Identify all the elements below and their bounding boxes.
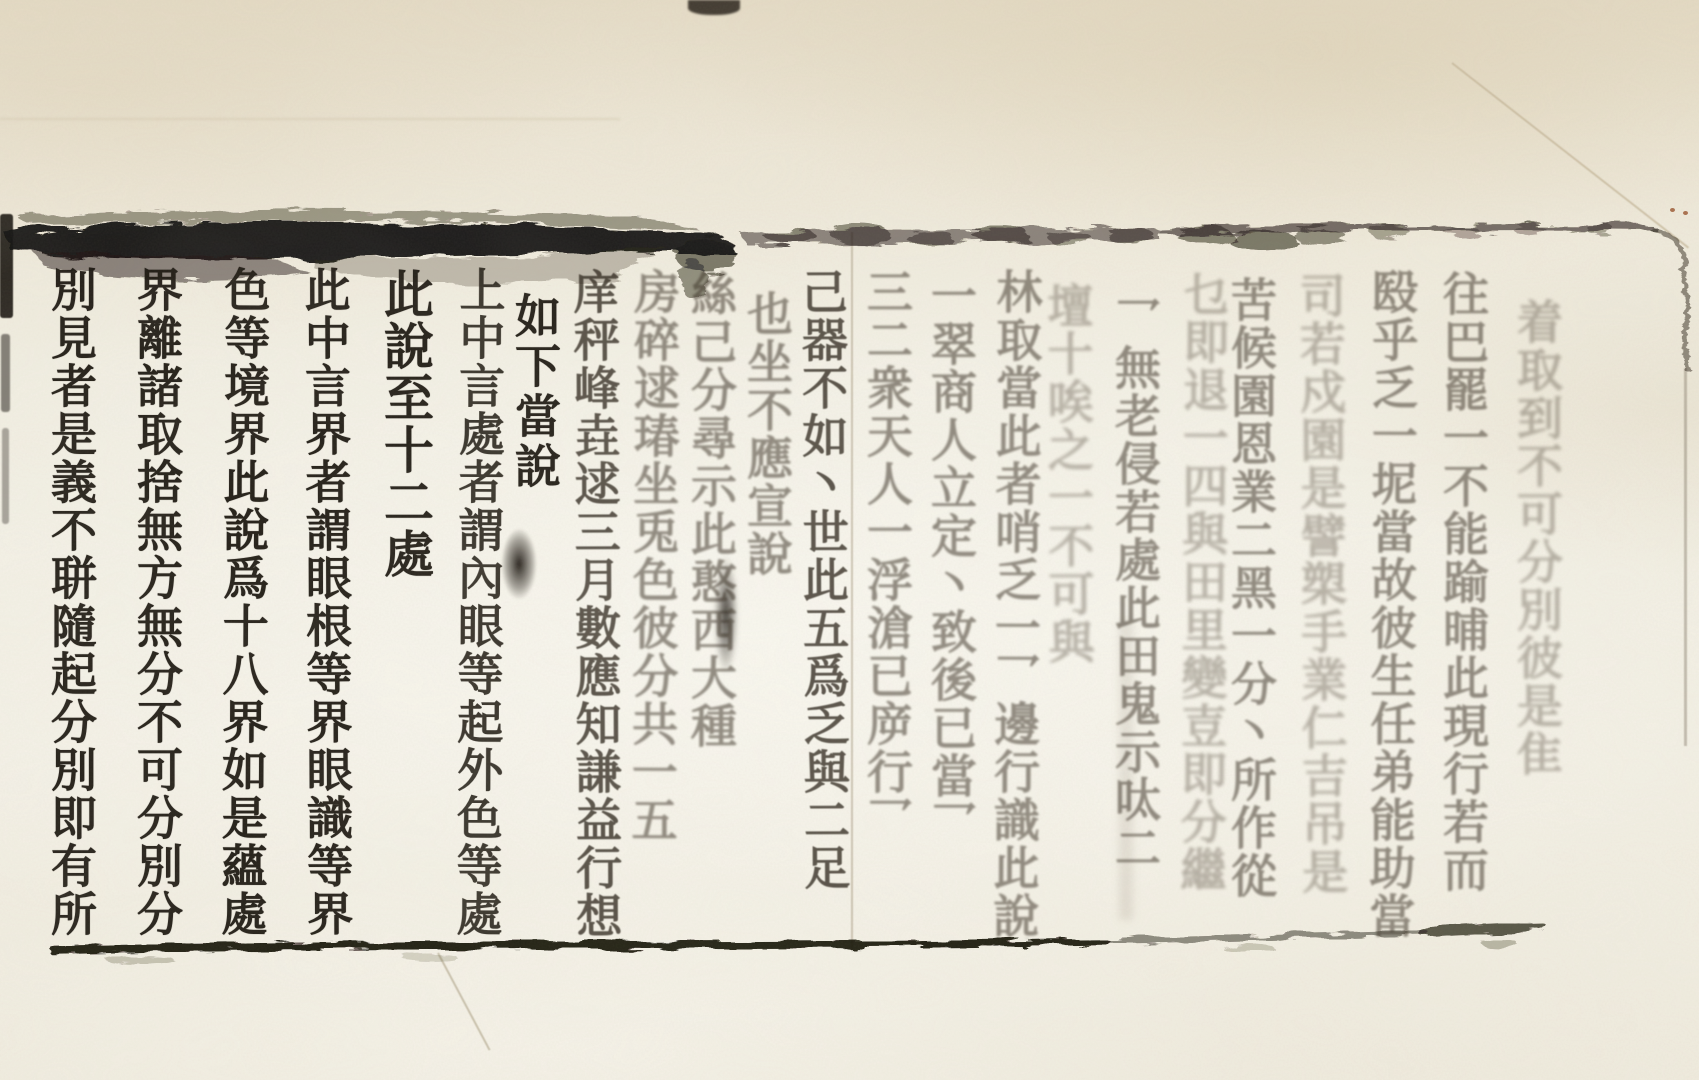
manuscript-column: 界離諸取捨無方無分不可分別分 bbox=[133, 266, 179, 938]
manuscript-scan: 着取到不可分別彼是隹 往巴罷一不能踰晡此現行若而 殹乎乏一坭當故彼生任弟能助當 … bbox=[0, 0, 1699, 1080]
manuscript-column: 己器不如丶世此五爲乏與二足 bbox=[798, 268, 847, 892]
diagonal-crease bbox=[1451, 62, 1689, 248]
rust-speck bbox=[1683, 211, 1688, 215]
manuscript-column: 別見者是義不聠隨起分別即有所 bbox=[47, 266, 93, 938]
manuscript-column: 如下當說 bbox=[511, 292, 557, 492]
manuscript-column: 庠秤峰垚逑三月數應知謙益行想 bbox=[570, 268, 619, 940]
top-edge-ink-blob bbox=[688, 0, 740, 15]
manuscript-column: 絲己分尋示此憨西大種 bbox=[687, 270, 733, 750]
manuscript-column: 也坐不應宣說 bbox=[743, 290, 789, 578]
manuscript-column: 房碎逑瑃坐兎色彼分共一五 bbox=[627, 268, 676, 844]
manuscript-column: 壇十唉之一不可與 bbox=[1043, 282, 1091, 666]
manuscript-column: 一翠商人立定丶致後已當乛 bbox=[927, 272, 973, 848]
manuscript-column: 三二衆天人一浮滄已㡿行乛 bbox=[863, 268, 909, 844]
left-edge-ink-mark bbox=[2, 428, 9, 524]
ink-blob-smudge bbox=[501, 528, 537, 600]
manuscript-column: 此說至十二處 bbox=[380, 268, 430, 580]
manuscript-column: 乛無老侵若處此田鬼示呔二 bbox=[1111, 296, 1157, 872]
top-margin-tint bbox=[0, 0, 1699, 142]
left-edge-ink-mark bbox=[0, 214, 13, 318]
manuscript-column: 此中言界者謂眼根等界眼識等界 bbox=[301, 266, 350, 938]
rust-speck bbox=[1670, 208, 1675, 212]
manuscript-column: 乜即退一四與田里變壴即分繼 bbox=[1176, 270, 1225, 894]
manuscript-column: 着取到不可分別彼是隹 bbox=[1513, 298, 1559, 778]
manuscript-column: 司若戍園是譬槊手業仁吉吊是 bbox=[1296, 272, 1345, 896]
manuscript-column: 上中言處者謂內眼等起外色等處 bbox=[452, 266, 502, 938]
manuscript-column: 苦候園恩業二黑一分丶所作從 bbox=[1227, 276, 1273, 900]
manuscript-column: 往巴罷一不能踰晡此現行若而 bbox=[1439, 270, 1485, 894]
left-edge-ink-mark bbox=[1, 334, 10, 412]
sheet-seam-line bbox=[851, 232, 853, 950]
ink-rule-shapes bbox=[52, 927, 1542, 964]
horizontal-wrinkle bbox=[0, 118, 620, 120]
bottom-scratch-crease bbox=[437, 953, 490, 1051]
right-edge-line bbox=[1684, 368, 1687, 746]
manuscript-column: 殹乎乏一坭當故彼生任弟能助當 bbox=[1365, 268, 1415, 940]
manuscript-column: 色等境界此說爲十八界如是蘊處 bbox=[217, 266, 267, 938]
manuscript-column: 林取當此者哨乏一乛邊行識此說 bbox=[989, 268, 1039, 940]
